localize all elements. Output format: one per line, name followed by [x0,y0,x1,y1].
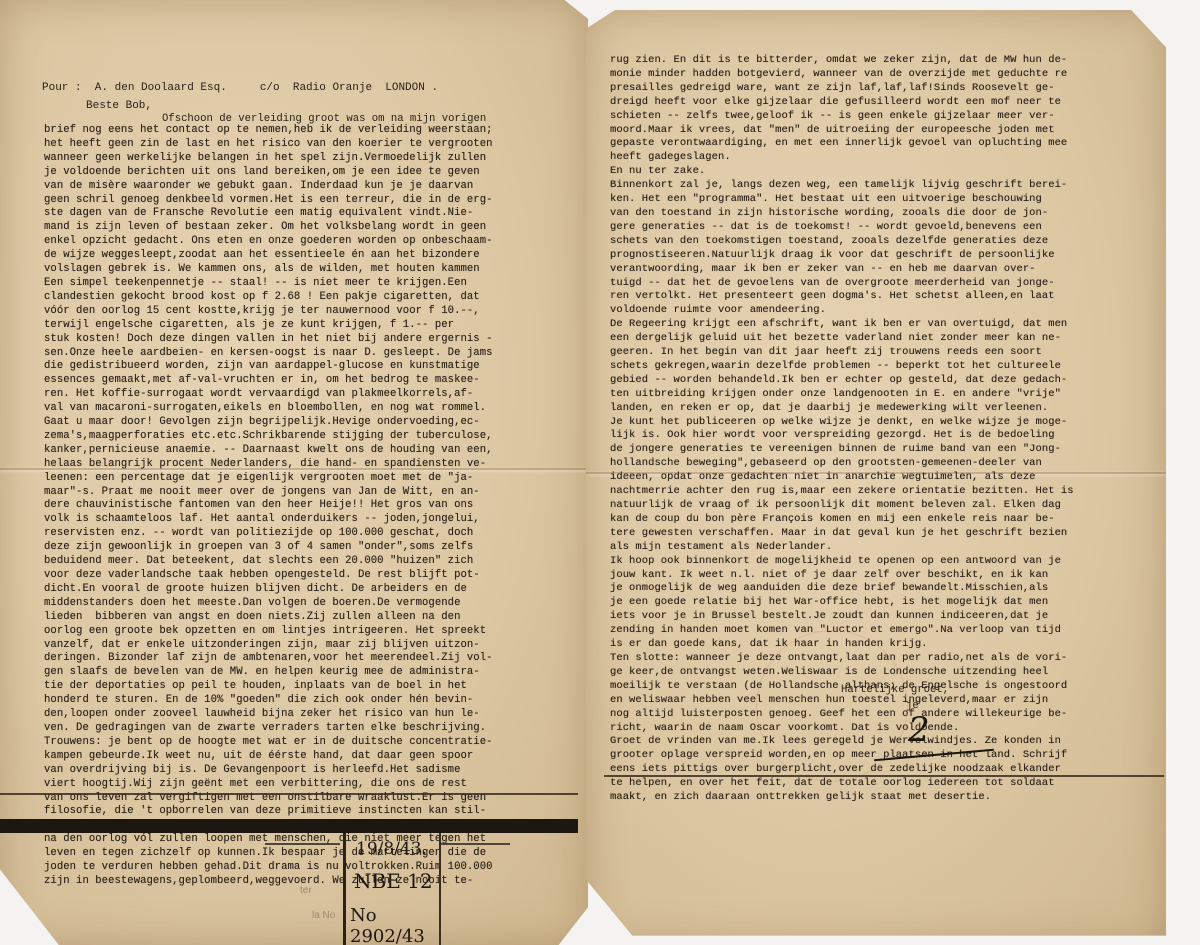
letter-text-line: Gaat u maar door! Gevolgen zijn begrijpe… [44,416,493,430]
letter-text-line: voldoende ruimte voor amendeering. [610,304,1074,318]
letter-text-line: ken. Het een "programma". Het bestaat ui… [610,193,1074,207]
archive-stamp: 19/8/43. NBE 12 No 2902/43 [343,833,441,945]
letter-text-line: die gedistribueerd worden, zijn van aard… [44,360,493,374]
letter-text-line: ren. Het koffie-surrogaat wordt vervaard… [44,388,493,402]
letter-closing: Hartelijke groet, [841,684,949,696]
letter-text-line: middenstanders doen het meeste.Dan volge… [44,597,493,611]
letter-text-line: En nu ter zake. [610,165,1074,179]
letter-text-line: Binnenkort zal je, langs dezen weg, een … [610,179,1074,193]
letter-page-left: Pour : A. den Doolaard Esq. c/o Radio Or… [0,0,588,945]
letter-text-line: oorlog een groote bek opzetten en om lin… [44,625,493,639]
letter-text-line: mand is zijn leven of bestaan zeker. Om … [44,221,493,235]
letter-text-line: kampen gebeurde.Ik weet nu, uit de éérst… [44,750,493,764]
letter-text-line: tere gewesten verschaffen. Maar in dat g… [610,527,1074,541]
letter-text-line: kanker,pernicieuse anaemie. -- Daarnaast… [44,444,493,458]
letter-text-line: van overdrijving bij is. De Gevangenpoor… [44,764,493,778]
letter-text-line: schieten -- zelfs twee,geloof ik -- is g… [610,110,1074,124]
letter-text-line: viert hoogtij.Wij zijn geënt met een ver… [44,778,493,792]
letter-text-line: kan de coup du bon père François komen e… [610,513,1074,527]
letter-text-line: tie der deportaties op peil te houden, i… [44,680,493,694]
letter-text-line: iets voor je in Brussel bestelt.Je zoudt… [610,610,1074,624]
letter-text-line: De Regeering krijgt een afschrift, want … [610,318,1074,332]
letter-text-line: gen slaafs de bevelen van de MW. en help… [44,666,493,680]
letter-text-line: beduidend meer. Dat beteekent, dat slech… [44,555,493,569]
letter-text-line: voor deze vaderlandsche taak hebben open… [44,569,493,583]
letter-text-line: brief nog eens het contact op te nemen,h… [44,124,493,138]
form-label: ter [300,885,312,896]
letter-text-line: honderd te sturen. En de 10% "goeden" di… [44,694,493,708]
letter-text-line: enkel opzicht gedacht. Ons eten en onze … [44,235,493,249]
letter-text-line: als mijn testament als Nederlander. [610,541,1074,555]
letter-text-line: geen schril genoeg denkbeeld vormen.Het … [44,194,493,208]
letter-text-line: Een simpel teekenpennetje -- staal! -- i… [44,277,493,291]
letter-text-line: vóór den oorlog 15 cent kostte,krijg je … [44,305,493,319]
letter-text-line: lieden bibberen van angst en doen niets.… [44,611,493,625]
letter-text-line: gebied -- worden behandeld.Ik ben er ech… [610,374,1074,388]
letter-body-left: brief nog eens het contact op te nemen,h… [44,124,493,889]
handwritten-signature: 2 [908,710,930,750]
letter-text-line: vanzelf, dat er enkele uitzonderingen zi… [44,639,493,653]
letter-text-line: essences gemaakt,met af-val-vruchten er … [44,374,493,388]
form-line [265,843,340,845]
stamp-date: 19/8/43. [356,839,427,859]
letter-text-line: gere generaties -- dat is de toekomst! -… [610,221,1074,235]
divider-line [0,793,578,795]
letter-text-line: van den toestand in zijn historische wor… [610,207,1074,221]
letter-text-line: ste dagen van de Fransche Revolutie een … [44,207,493,221]
letter-text-line: landen, en reken er op, dat je daarbij j… [610,402,1074,416]
letter-text-line: val van macaroni-surrogaten,eikels en bl… [44,402,493,416]
letter-text-line: rug zien. En dit is te bitterder, omdat … [610,54,1074,68]
letter-text-line: schets van den toekomstigen toestand, zo… [610,235,1074,249]
letter-address-header: Pour : A. den Doolaard Esq. c/o Radio Or… [42,82,438,94]
letter-text-line: zema's,maagperforaties etc.etc.Schrikbar… [44,430,493,444]
letter-text-line: stuk kosten! Doch deze dingen vallen in … [44,333,493,347]
stamp-number: No 2902/43 [350,905,439,945]
letter-text-line: geeren. In het begin van dit jaar heeft … [610,346,1074,360]
letter-text-line: verantwoording, maar ik ben er zeker van… [610,263,1074,277]
letter-text-line: maar"-s. Praat me nooit meer over de jon… [44,486,493,500]
letter-text-line: volslagen gebrek is. We kammen ons, als … [44,263,493,277]
letter-text-line: leenen: een percentage dat je eigenlijk … [44,472,493,486]
letter-text-line: deringen. Bizonder laf zijn de ambtenare… [44,652,493,666]
letter-text-line: wanneer geen werkelijke belangen in het … [44,152,493,166]
letter-text-line: dreigd heeft voor elke gijzelaar die gef… [610,96,1074,110]
form-line [440,843,510,845]
form-label: la No [312,910,335,921]
letter-text-line: tuigd -- dat het de gevoelens van de ove… [610,277,1074,291]
letter-text-line: Je kunt het publiceeren op welke wijze j… [610,416,1074,430]
divider-line [604,775,1164,777]
letter-text-line: monie minder hadden botgevierd, wanneer … [610,68,1074,82]
letter-text-line: volk is schaamteloos laf. Het aantal ond… [44,513,493,527]
letter-text-line: prognostiseeren.Natuurlijk draag ik voor… [610,249,1074,263]
letter-text-line: presailles gedreigd ware, want ze zijn l… [610,82,1074,96]
letter-text-line: maakt, en zich daaraan onttrekken gelijk… [610,791,1074,805]
letter-text-line: jouw kant. Ik weet n.l. niet of je daar … [610,569,1074,583]
stamp-code: NBE 12 [354,869,433,893]
letter-text-line: deze zijn gewoonlijk in groepen van 3 of… [44,541,493,555]
letter-text-line: terwijl engelsche cigaretten, als je ze … [44,319,493,333]
letter-text-line: reservisten enz. -- wordt van politiezij… [44,527,493,541]
letter-text-line: filosofie, die 't opborrelen van deze pr… [44,805,493,819]
letter-text-line: heeft gadegeslagen. [610,151,1074,165]
letter-text-line: lijk is. Ook hier wordt voor verspreidin… [610,429,1074,443]
letter-text-line: helaas belangrijk procent Nederlanders, … [44,458,493,472]
letter-text-line: ren vertolkt. Het presenteert geen dogma… [610,290,1074,304]
letter-text-line: gepaste verontwaardiging, en met een inn… [610,137,1074,151]
letter-text-line: de jongere generaties te vereenigen binn… [610,443,1074,457]
letter-text-line: sen.Onze heele aardbeien- en kersen-oogs… [44,347,493,361]
black-bar [0,819,578,833]
letter-text-line: clandestien gekocht brood kost op f 2.68… [44,291,493,305]
letter-text-line: een dergelijk geluid uit het bezette vad… [610,332,1074,346]
letter-salutation: Beste Bob, [86,100,152,112]
letter-text-line: dere chauvinistische fantomen van den he… [44,499,493,513]
letter-text-line: natuurlijk de vraag of ik persoonlijk di… [610,499,1074,513]
letter-text-line: dicht.En vooral de groote huizen blijven… [44,583,493,597]
letter-text-line: van de misère waaronder we gebukt gaan. … [44,180,493,194]
letter-text-line: schets gekregen,waarin dezelfde probleme… [610,360,1074,374]
letter-text-line: moord.Maar ik vrees, dat "men" de uitroe… [610,124,1074,138]
letter-page-right: rug zien. En dit is te bitterder, omdat … [586,10,1166,945]
letter-text-line: ten uitbreiding krijgen onder onze landg… [610,388,1074,402]
letter-text-line: hollandsche beweging",gebaseerd op den g… [610,457,1074,471]
letter-text-line: ven. De gedragingen van de zwarte verrad… [44,722,493,736]
letter-text-line: ideeen, opdat onze gedachten niet in ana… [610,471,1074,485]
letter-text-line: de wijze weggesleept,zoodat aan het esse… [44,249,493,263]
letter-text-line: het heeft geen zin de last en het risico… [44,138,493,152]
letter-text-line: je onmogelijk de weg aanduiden die deze … [610,582,1074,596]
letter-text-line: je voldoende berichten uit ons land bere… [44,166,493,180]
letter-text-line: Trouwens: je bent op de hoogte met wat e… [44,736,493,750]
letter-text-line: Ik hoop ook binnenkort de mogelijkheid t… [610,555,1074,569]
letter-text-line: nachtmerrie achter den rug is,maar een z… [610,485,1074,499]
letter-text-line: je een goede relatie bij het War-office … [610,596,1074,610]
letter-text-line: den,loopen onder zooveel lauwheid bijna … [44,708,493,722]
